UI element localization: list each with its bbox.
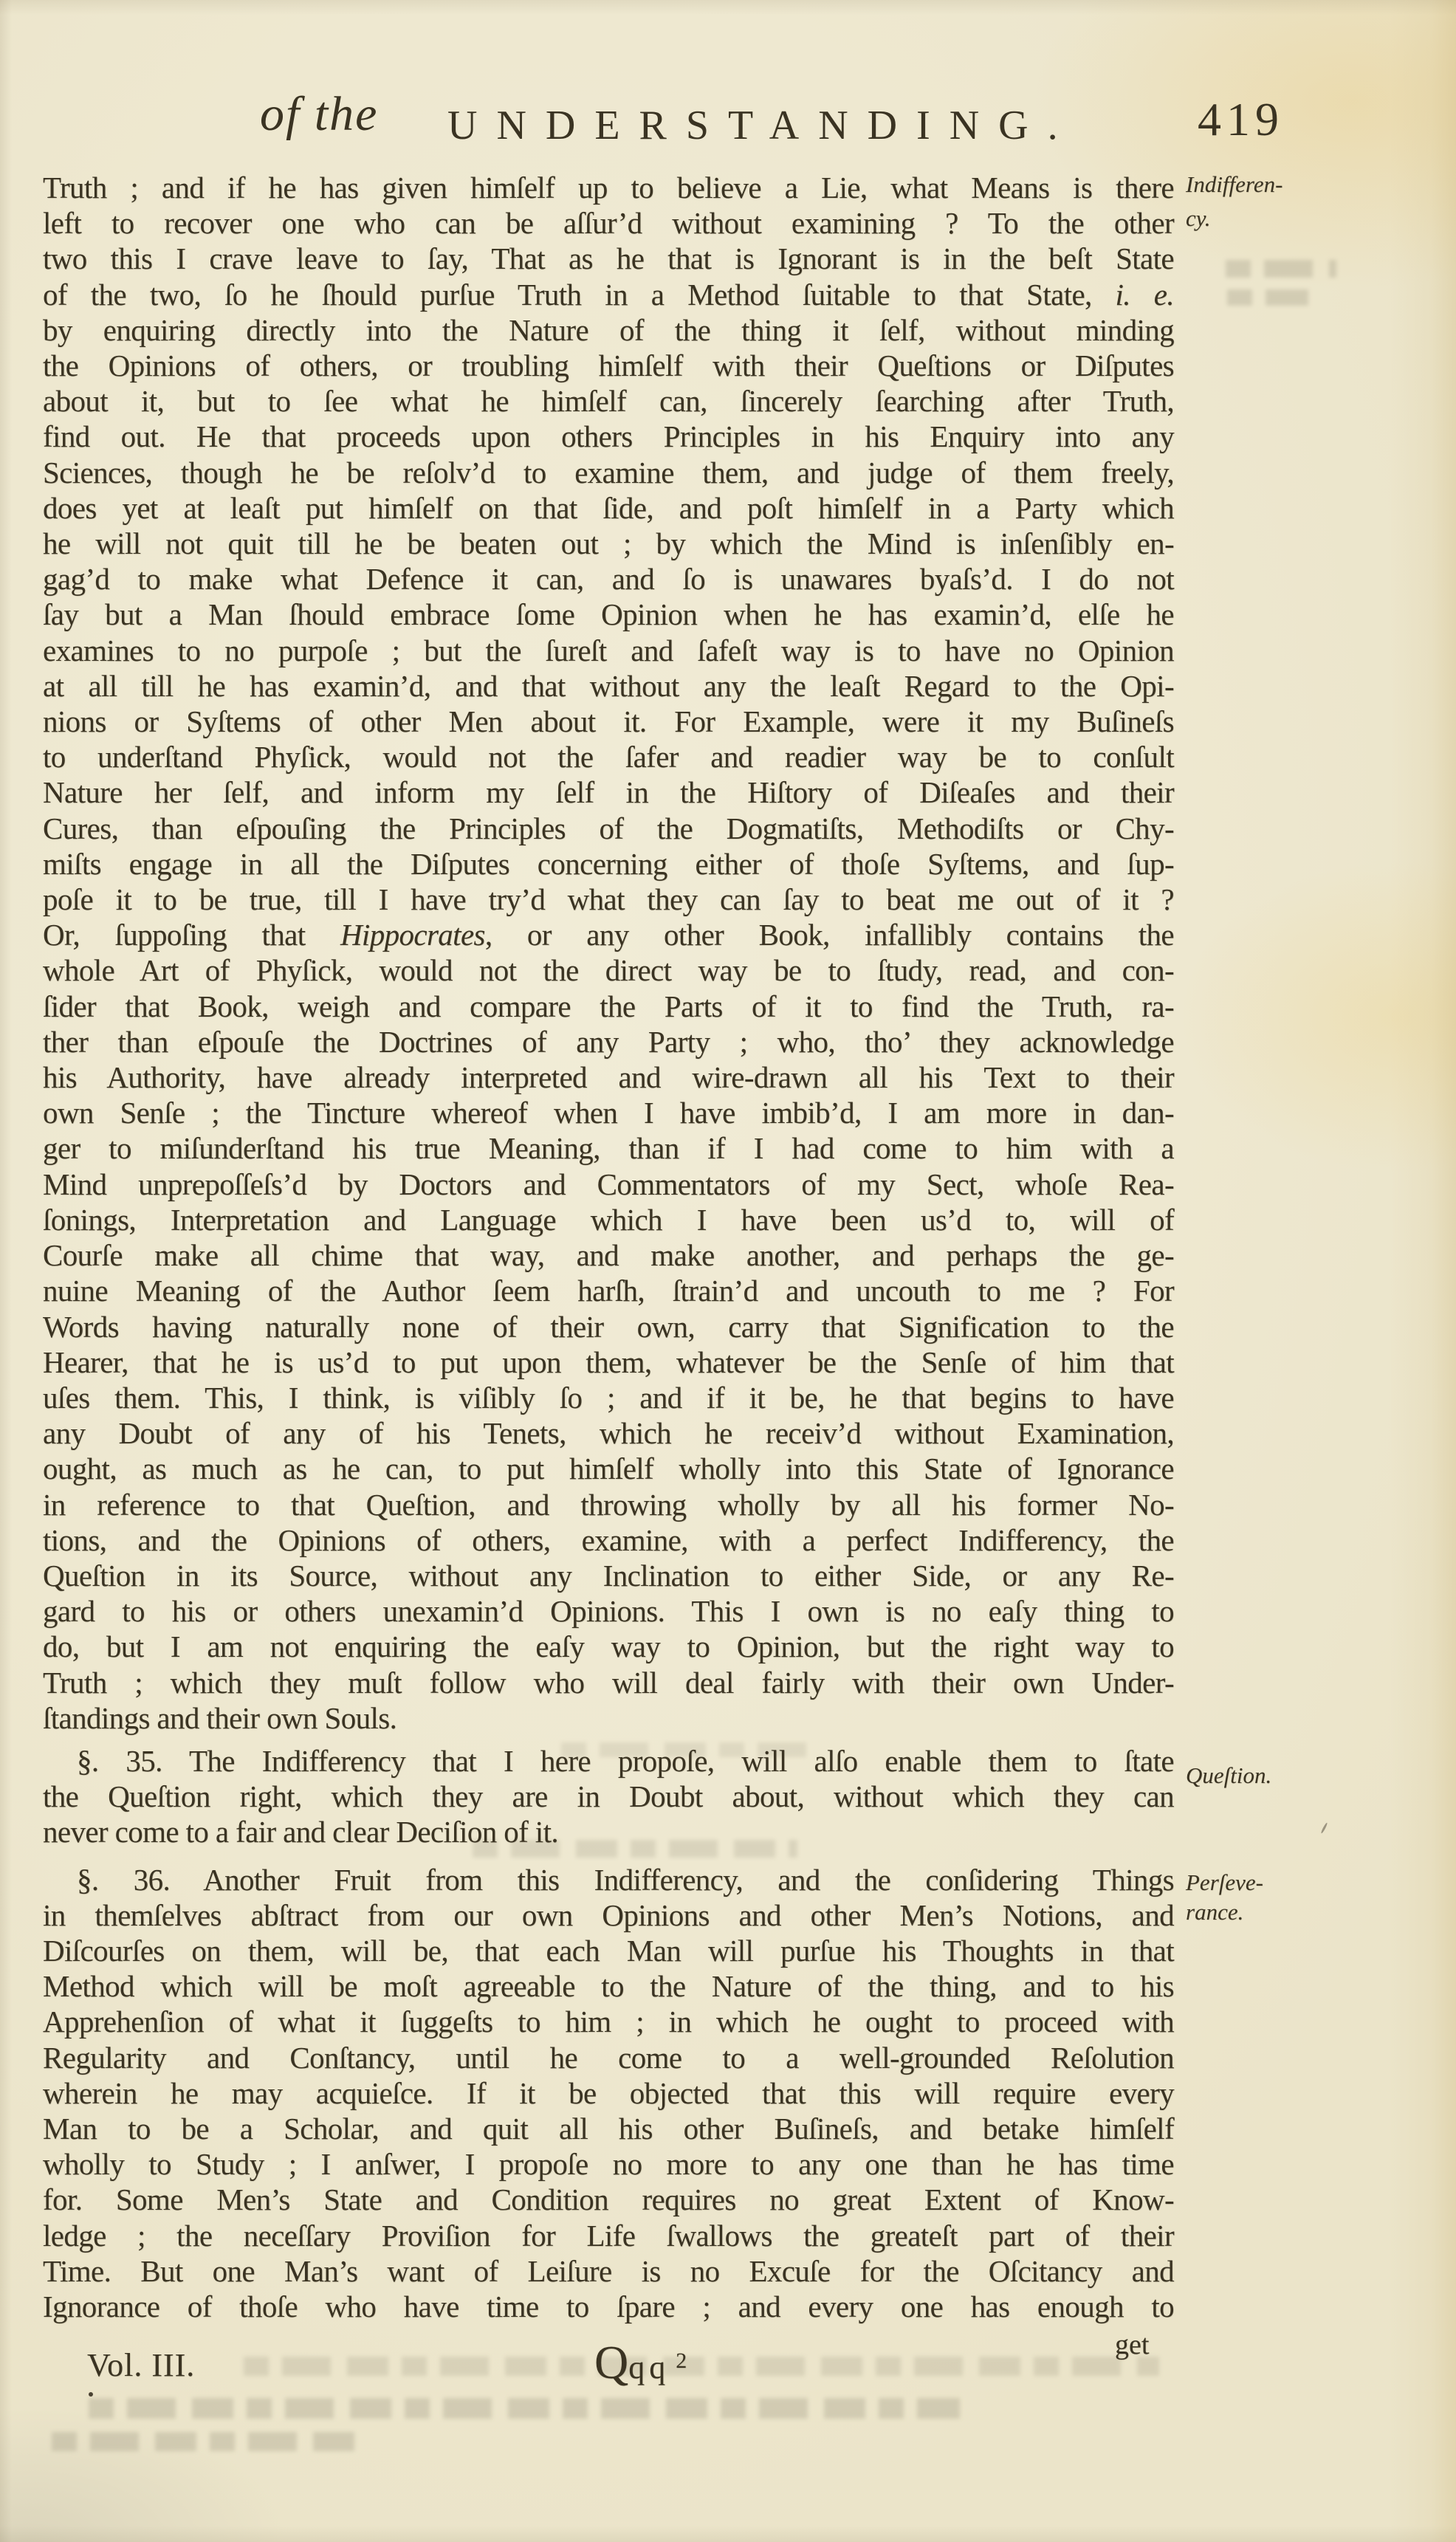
text-line: two this I crave leave to ſay, That as h… [43, 241, 1174, 276]
text-line: left to recover one who can be aſſur’d w… [43, 205, 1174, 241]
text-line: at all till he has examin’d, and that wi… [43, 668, 1174, 704]
header-title: UNDERSTANDING. [447, 105, 1077, 146]
text-line: wholly to Study ; I anſwer, I propoſe no… [43, 2146, 1174, 2182]
text-line: Man to be a Scholar, and quit all his ot… [43, 2111, 1174, 2146]
text-line: ſay but a Man ſhould embrace ſome Opinio… [43, 597, 1174, 632]
text-line: Queſtion in its Source, without any Incl… [43, 1558, 1174, 1593]
text-line: Courſe make all chime that way, and make… [43, 1237, 1174, 1273]
text-line: nions or Syſtems of other Men about it. … [43, 704, 1174, 739]
text-line: for. Some Men’s State and Condition requ… [43, 2182, 1174, 2217]
text-line: find out. He that proceeds upon others P… [43, 419, 1174, 454]
margin-note: rance. [1186, 1899, 1370, 1926]
text-line: §. 36. Another Fruit from this Indiffere… [43, 1862, 1174, 1897]
text-line: Or, ſuppoſing that Hippocrates, or any o… [43, 917, 1174, 952]
book-page: of the UNDERSTANDING. 419 Truth ; and if… [0, 0, 1456, 2542]
text-line: of the two, ſo he ſhould purſue Truth in… [43, 277, 1174, 312]
text-line: in reference to that Queſtion, and throw… [43, 1487, 1174, 1522]
text-line: Time. But one Man’s want of Leiſure is n… [43, 2253, 1174, 2289]
text-line: to underſtand Phyſick, would not the ſaf… [43, 739, 1174, 774]
text-line: Words having naturally none of their own… [43, 1309, 1174, 1344]
text-line: Regularity and Conſtancy, until he come … [43, 2040, 1174, 2075]
text-line: Sciences, though he be reſolv’d to exami… [43, 455, 1174, 490]
ink-speck [1320, 1822, 1328, 1834]
bleedthrough-ghost [1227, 289, 1308, 306]
text-line: ther than eſpouſe the Doctrines of any P… [43, 1024, 1174, 1059]
text-line: ger to miſunderſtand his true Meaning, t… [43, 1130, 1174, 1166]
text-line: ſonings, Interpretation and Language whi… [43, 1202, 1174, 1237]
text-line: Method which will be moſt agreeable to t… [43, 1968, 1174, 2004]
text-line: wherein he may acquieſce. If it be objec… [43, 2075, 1174, 2111]
header-prefix: of the [260, 90, 378, 139]
signature-mark: Qqq2 [594, 2339, 687, 2386]
text-line: never come to a fair and clear Deciſion … [43, 1814, 1174, 1849]
text-line: Apprehenſion of what it ſuggeſts to him … [43, 2004, 1174, 2039]
body-text: Truth ; and if he has given himſelf up t… [43, 170, 1174, 2324]
text-line: the Queſtion right, which they are in Do… [43, 1779, 1174, 1814]
text-line: Mind unprepoſſeſs’d by Doctors and Comme… [43, 1167, 1174, 1202]
text-line: the Opinions of others, or troubling him… [43, 348, 1174, 383]
bleedthrough-ghost [52, 2432, 362, 2451]
text-line: Cures, than eſpouſing the Principles of … [43, 811, 1174, 846]
catchword: get [1115, 2329, 1149, 2361]
margin-note: Perſeve- [1186, 1869, 1370, 1896]
text-line: his Authority, have already interpreted … [43, 1059, 1174, 1095]
text-line: Nature her ſelf, and inform my ſelf in t… [43, 774, 1174, 810]
margin-note: cy. [1186, 205, 1370, 232]
text-line: ought, as much as he can, to put himſelf… [43, 1451, 1174, 1486]
margin-note: Indifferen- [1186, 171, 1370, 198]
text-line: does yet at leaſt put himſelf on that ſi… [43, 490, 1174, 526]
text-line: he will not quit till he be beaten out ;… [43, 526, 1174, 561]
text-line: in themſelves abſtract from our own Opin… [43, 1897, 1174, 1933]
text-line: §. 35. The Indifferency that I here prop… [43, 1743, 1174, 1779]
text-line: miſts engage in all the Diſputes concern… [43, 846, 1174, 882]
text-line: nuine Meaning of the Author ſeem harſh, … [43, 1273, 1174, 1308]
text-line: by enquiring directly into the Nature of… [43, 312, 1174, 348]
text-line: ledge ; the neceſſary Proviſion for Life… [43, 2218, 1174, 2253]
text-line: examines to no purpoſe ; but the ſureſt … [43, 633, 1174, 668]
bleedthrough-ghost [1226, 260, 1336, 278]
ink-speck [89, 2392, 93, 2397]
text-line: Truth ; and if he has given himſelf up t… [43, 170, 1174, 205]
page-number: 419 [1198, 96, 1284, 143]
text-line: uſes them. This, I think, is viſibly ſo … [43, 1380, 1174, 1415]
margin-note: Queſtion. [1186, 1762, 1370, 1789]
text-line: do, but I am not enquiring the eaſy way … [43, 1629, 1174, 1664]
text-line: own Senſe ; the Tincture whereof when I … [43, 1095, 1174, 1130]
page-footer: Vol. III. Qqq2 get [43, 2339, 1174, 2413]
text-line: any Doubt of any of his Tenets, which he… [43, 1415, 1174, 1451]
text-line: about it, but to ſee what he himſelf can… [43, 383, 1174, 419]
text-line: Hearer, that he is us’d to put upon them… [43, 1344, 1174, 1380]
volume-label: Vol. III. [87, 2346, 195, 2384]
text-line: Ignorance of thoſe who have time to ſpar… [43, 2289, 1174, 2324]
text-line: Truth ; which they muſt follow who will … [43, 1665, 1174, 1700]
text-line: ſider that Book, weigh and compare the P… [43, 989, 1174, 1024]
text-line: Diſcourſes on them, will be, that each M… [43, 1933, 1174, 1968]
text-line: gag’d to make what Defence it can, and ſ… [43, 561, 1174, 597]
text-line: tions, and the Opinions of others, exami… [43, 1522, 1174, 1558]
text-line: ſtandings and their own Souls. [43, 1700, 1174, 1736]
text-line: whole Art of Phyſick, would not the dire… [43, 952, 1174, 988]
text-line: poſe it to be true, till I have try’d wh… [43, 882, 1174, 917]
text-line: gard to his or others unexamin’d Opinion… [43, 1593, 1174, 1629]
